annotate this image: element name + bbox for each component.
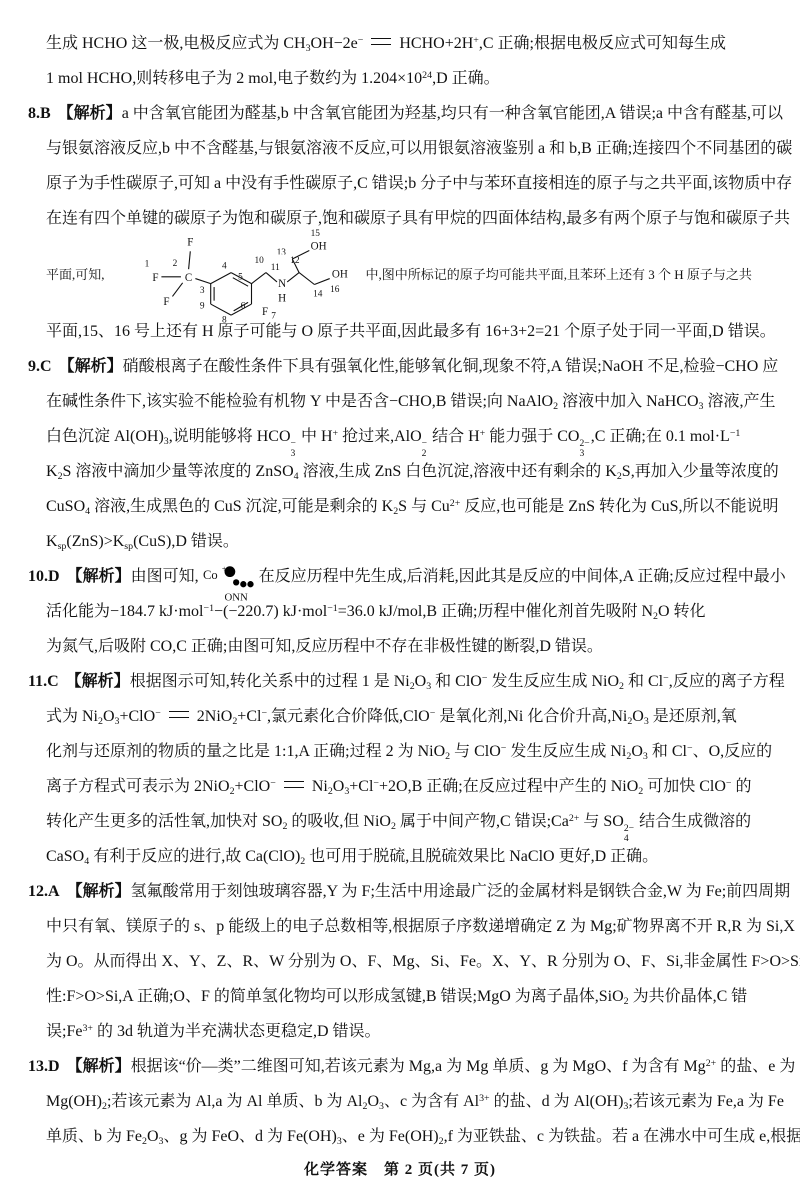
text-line: 在碱性条件下,该实验不能检验有机物 Y 中是否含−CHO,B 错误;向 NaAl… bbox=[28, 384, 772, 419]
svg-text:13: 13 bbox=[276, 248, 286, 258]
answer-label: 12.A bbox=[28, 883, 60, 900]
text-line: Ksp(ZnS)>Ksp(CuS),D 错误。 bbox=[28, 524, 772, 559]
text-line: CuSO4 溶液,生成黑色的 CuS 沉淀,可能是剩余的 K2S 与 Cu2+ … bbox=[28, 489, 772, 524]
text-line: 性:F>O>Si,A 正确;O、F 的简单氢化物均可以形成氢键,B 错误;MgO… bbox=[28, 979, 772, 1014]
text-line: Mg(OH)2;若该元素为 Al,a 为 Al 单质、b 为 Al2O3、c 为… bbox=[28, 1084, 772, 1119]
svg-text:16: 16 bbox=[330, 285, 340, 295]
analysis-tag: 【解析】 bbox=[58, 105, 122, 122]
text-line: 转化产生更多的活性氧,加快对 SO2 的吸收,但 NiO2 属于中间产物,C 错… bbox=[28, 804, 772, 839]
text-line: 单质、b 为 Fe2O3、g 为 FeO、d 为 Fe(OH)3、e 为 Fe(… bbox=[28, 1119, 772, 1154]
text-line: 8.B【解析】a 中含氧官能团为醛基,b 中含氧官能团为羟基,均只有一种含氧官能… bbox=[28, 96, 772, 131]
svg-text:H: H bbox=[278, 293, 286, 305]
svg-text:4: 4 bbox=[221, 261, 226, 271]
svg-text:15: 15 bbox=[310, 229, 320, 239]
text-line: 中只有氧、镁原子的 s、p 能级上的电子总数相等,根据原子序数递增确定 Z 为 … bbox=[28, 909, 772, 944]
text-line: 平面,15、16 号上还有 H 原子可能与 O 原子共平面,因此最多有 16+3… bbox=[28, 314, 772, 349]
answer-label: 10.D bbox=[28, 568, 60, 585]
svg-text:2: 2 bbox=[172, 259, 177, 269]
text-line: 12.A【解析】氢氟酸常用于刻蚀玻璃容器,Y 为 F;生活中用途最广泛的金属材料… bbox=[28, 874, 772, 909]
svg-text:F: F bbox=[187, 236, 193, 248]
double-bond-sign bbox=[169, 711, 189, 718]
svg-text:C: C bbox=[184, 272, 191, 284]
svg-text:F: F bbox=[163, 296, 169, 308]
svg-text:5: 5 bbox=[238, 272, 243, 282]
text-line: 化剂与还原剂的物质的量之比是 1:1,A 正确;过程 2 为 NiO2 与 Cl… bbox=[28, 734, 772, 769]
text-line: 10.D【解析】由图可知,Co+ONN在反应历程中先生成,后消耗,因此其是反应的… bbox=[28, 559, 772, 594]
answer-body: 生成 HCHO 这一极,电极反应式为 CH3OH−2e− HCHO+2H+,C … bbox=[0, 0, 800, 1154]
page-footer: 化学答案 第 2 页(共 7 页) bbox=[0, 1158, 800, 1179]
text-line: 为氮气,后吸附 CO,C 正确;由图可知,反应历程中不存在非极性键的断裂,D 错… bbox=[28, 629, 772, 664]
text-line: 平面,可知,F12CFF345986F710NH111213OH1514OH16… bbox=[28, 236, 772, 314]
svg-text:12: 12 bbox=[290, 256, 300, 266]
analysis-tag: 【解析】 bbox=[67, 568, 131, 585]
text-line: 活化能为−184.7 kJ·mol−1−(−220.7) kJ·mol−1=36… bbox=[28, 594, 772, 629]
page: 生成 HCHO 这一极,电极反应式为 CH3OH−2e− HCHO+2H+,C … bbox=[0, 0, 800, 1199]
svg-text:1: 1 bbox=[144, 260, 149, 270]
svg-text:OH: OH bbox=[331, 269, 347, 281]
text-line: 与银氨溶液反应,b 中不含醛基,与银氨溶液不反应,可以用银氨溶液鉴别 a 和 b… bbox=[28, 131, 772, 166]
analysis-tag: 【解析】 bbox=[67, 1058, 131, 1075]
text-line: 11.C【解析】根据图示可知,转化关系中的过程 1 是 Ni2O3 和 ClO−… bbox=[28, 664, 772, 699]
svg-text:14: 14 bbox=[313, 289, 323, 299]
svg-text:N: N bbox=[278, 278, 286, 290]
answer-label: 13.D bbox=[28, 1058, 60, 1075]
text-line: 9.C【解析】硝酸根离子在酸性条件下具有强氧化性,能够氧化铜,现象不符,A 错误… bbox=[28, 349, 772, 384]
analysis-tag: 【解析】 bbox=[67, 883, 131, 900]
text-line: 原子为手性碳原子,可知 a 中没有手性碳原子,C 错误;b 分子中与苯环直接相连… bbox=[28, 166, 772, 201]
answer-label: 9.C bbox=[28, 358, 52, 375]
svg-text:9: 9 bbox=[199, 301, 204, 311]
text-line: 误;Fe3+ 的 3d 轨道为半充满状态更稳定,D 错误。 bbox=[28, 1014, 772, 1049]
text-line: 生成 HCHO 这一极,电极反应式为 CH3OH−2e− HCHO+2H+,C … bbox=[28, 26, 772, 61]
analysis-tag: 【解析】 bbox=[66, 673, 130, 690]
text-line: 白色沉淀 Al(OH)3,说明能够将 HCO−3 中 H+ 抢过来,AlO−2 … bbox=[28, 419, 772, 454]
analysis-tag: 【解析】 bbox=[59, 358, 123, 375]
answer-label: 11.C bbox=[28, 673, 59, 690]
text-line: 13.D【解析】根据该“价—类”二维图可知,若该元素为 Mg,a 为 Mg 单质… bbox=[28, 1049, 772, 1084]
double-bond-sign bbox=[371, 38, 391, 45]
text-line: 式为 Ni2O3+ClO− 2NiO2+Cl−,氯元素化合价降低,ClO− 是氧… bbox=[28, 699, 772, 734]
svg-text:6: 6 bbox=[240, 301, 245, 311]
text-line: 离子方程式可表示为 2NiO2+ClO− Ni2O3+Cl−+2O,B 正确;在… bbox=[28, 769, 772, 804]
double-bond-sign bbox=[284, 781, 304, 788]
answer-label: 8.B bbox=[28, 105, 51, 122]
svg-text:OH: OH bbox=[310, 241, 326, 253]
text-line: CaSO4 有利于反应的进行,故 Ca(ClO)2 也可用于脱硫,且脱硫效果比 … bbox=[28, 839, 772, 874]
svg-text:F: F bbox=[152, 272, 158, 284]
text-line: K2S 溶液中滴加少量等浓度的 ZnSO4 溶液,生成 ZnS 白色沉淀,溶液中… bbox=[28, 454, 772, 489]
svg-text:11: 11 bbox=[270, 263, 279, 273]
question8-molecule-structure-diagram: F12CFF345986F710NH111213OH1514OH16 bbox=[107, 225, 362, 327]
svg-text:Co: Co bbox=[203, 568, 218, 582]
svg-text:3: 3 bbox=[199, 286, 204, 296]
text-line: 为 O。从而得出 X、Y、Z、R、W 分别为 O、F、Mg、Si、Fe。X、Y、… bbox=[28, 944, 772, 979]
text-line: 1 mol HCHO,则转移电子为 2 mol,电子数约为 1.204×1024… bbox=[28, 61, 772, 96]
svg-text:10: 10 bbox=[254, 256, 264, 266]
